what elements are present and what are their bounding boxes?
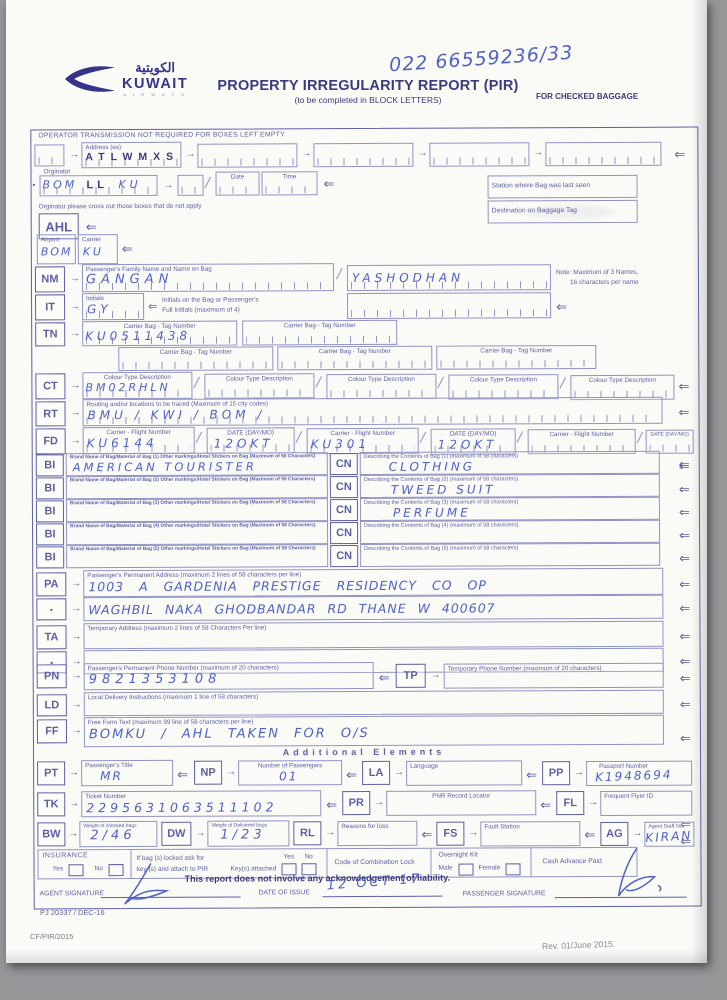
flight-number-value-1: KU6144 [87,436,158,450]
names-note: Note: Maximum of 3 Names, 16 characters … [556,268,639,288]
operator-transmission-notice: OPERATOR TRANSMISSION NOT REQUIRED FOR B… [38,131,285,139]
date-field: Date [215,171,259,195]
colour-type-field-3: Colour Type Description [326,374,436,399]
back-arrow-icon: ⇐ [86,220,97,233]
arrow-icon: → [632,829,642,839]
bag-brand-field-2: Brand Name of Bag/Material of Bag (2) Ot… [66,475,328,499]
form-title-block: PROPERTY IRREGULARITY REPORT (PIR) (to b… [178,78,558,105]
back-arrow-icon: ⇐ [679,630,690,643]
pt-code-box: PT [37,761,65,785]
bag-brand-label-3: Brand Name of Bag/Material of Bag (3) Ot… [67,499,327,507]
fs-code-box: FS [436,822,464,846]
cn-code-box: CN [330,499,358,521]
bag-contents-value-3: PERFUME [393,506,471,520]
bi-code-box: BI [36,546,64,568]
destination-tag-box: Destination on Baggage Tag [488,200,638,224]
flight-date-value-2: 12OKT [438,437,498,451]
bag-brand-label-5: Brand Name of Bag/Material of Bag (5) Ot… [67,545,327,553]
footer-revision: Rev. 01/June 2015. [542,939,615,952]
ta-code-box: TA [36,625,66,649]
pnr-locator-field: PNR Record Locator [386,790,536,816]
bag-brand-label-4: Brand Name of Bag/Material of Bag (4) Ot… [67,522,327,530]
cash-advance-label: Cash Advance Paid [542,858,601,865]
back-arrow-icon: ⇐ [680,672,691,685]
overnight-kit-label: Overnight Kit [438,852,477,859]
temporary-phone-label: Temporary Phone Number (maximum of 20 ch… [445,664,663,673]
ticket-number-field: Ticket Number 2295631063511102 [81,790,321,817]
back-arrow-icon: ⇐ [680,835,691,848]
address-cells-2 [197,143,297,167]
back-arrow-icon: ⇐ [679,506,690,519]
free-form-field: Free Form Text (maximum 99 line of 58 ch… [84,715,664,748]
tag-number-label: Carrier Bag - Tag Number [437,346,595,355]
colour-type-value: BM02RHLN [85,381,170,394]
scanned-page: الكويتية KUWAIT A I R W A Y S 022 665592… [6,0,707,963]
arrow-icon: → [69,150,79,160]
insurance-no-label: No [95,865,103,872]
flight-date-value-1: 12OKT [214,436,274,450]
arrow-icon: → [301,149,311,159]
ff-code-box: FF [37,719,67,743]
arrow-icon: → [72,726,82,736]
ag-code-box: AG [600,822,628,846]
fault-station-label: Fault Station [481,822,579,831]
insurance-label: INSURANCE [42,852,88,859]
delivered-weight-field: Weight of Delivered bags 1/23 [207,820,289,846]
back-arrow-icon: ⇐ [680,698,691,711]
flight-number-label: Carrier - Flight Number [529,430,635,439]
routing-value: BMU / KWI / BOM / [88,407,266,422]
insurance-yes-label: Yes [53,865,64,872]
combination-lock-label: Code of Combination Lock [334,859,414,866]
permanent-address-field-2: WAGHBIL NAKA GHODBANDAR RD THANE W 40060… [83,595,663,622]
colour-type-field-2: Colour Type Description [204,373,314,398]
np-code-box: NP [194,761,222,785]
insurance-yes-checkbox [69,864,84,876]
back-arrow-icon: ⇐ [122,242,133,255]
kit-female-label: Female [479,864,501,871]
colour-type-label: Colour Type Description [449,375,557,384]
permanent-phone-value: 9821353108 [89,672,222,688]
colour-type-field-1: Colour Type Description BM02RHLN [82,372,192,399]
bag-brand-field-1: Brand Name of Bag/Material of Bag (1) Ot… [66,452,328,476]
arrow-icon: → [69,768,79,778]
slash-divider: / [437,376,445,391]
rt-code-box: RT [35,401,65,426]
bag-brand-value-1: AMERICAN TOURISTER [73,459,257,474]
bag-brand-field-5: Brand Name of Bag/Material of Bag (5) Ot… [66,544,328,568]
keys-attached-label: Key(s) attached [231,865,277,872]
slash-divider: / [204,176,212,191]
names-note-line2: 16 characters per name [556,278,639,288]
arrow-icon: → [70,302,80,312]
cn-code-box: CN [330,476,358,498]
tag-number-label: Carrier Bag - Tag Number [243,321,396,330]
passenger-title-field: Passenger's Title MR [81,760,173,786]
arrow-icon: → [226,768,236,778]
bag-contents-field-4: Describing the Contents of Bag (4) (maxi… [360,520,660,544]
arrow-icon: → [72,700,82,710]
back-arrow-icon: ⇐ [679,552,690,565]
station-last-seen-box: Station where Bag was last seen [488,175,638,199]
local-delivery-label: Local Delivery Instructions (maximum 1 l… [85,691,663,702]
flight-number-field-2: Carrier - Flight Number KU301 [307,428,419,454]
ld-code-box: LD [37,694,67,716]
initials-field: Initials GY [82,293,144,320]
keys-yes-label: Yes [283,853,294,860]
back-arrow-icon: ⇐ [421,828,432,841]
bag-contents-field-5: Describing the Contents of Bag (5) (maxi… [360,543,660,567]
free-form-label: Free Form Text (maximum 99 line of 58 ch… [85,716,663,727]
date-of-issue-label: DATE OF ISSUE [259,889,310,896]
checked-weight-field: Weight of checked bags 2/46 [79,821,157,847]
language-field: Language [406,760,522,786]
back-arrow-icon: ⇐ [674,148,685,161]
arrow-icon: → [71,604,81,614]
bag-brand-field-3: Brand Name of Bag/Material of Bag (3) Ot… [66,498,328,522]
arrow-icon: → [71,579,81,589]
flight-number-value-2: KU301 [311,437,370,451]
back-arrow-icon: ⇐ [324,177,335,190]
back-arrow-icon: ⇐ [680,655,691,668]
permanent-address-field: Passenger's Permanent Address (maximum 2… [83,568,663,598]
tag-number-field-2: Carrier Bag - Tag Number [242,320,397,346]
colour-type-label: Colour Type Description [327,375,435,384]
rl-code-box: RL [293,821,321,845]
cn-code-box: CN [330,522,358,544]
colour-type-label: Colour Type Description [571,376,673,385]
pir-form: OPERATOR TRANSMISSION NOT REQUIRED FOR B… [30,127,701,910]
back-arrow-icon: ⇐ [679,602,690,615]
arrow-icon: → [588,798,598,808]
back-arrow-icon: ⇐ [679,460,690,473]
address-prefix-cells [34,144,64,166]
back-arrow-icon: ⇐ [346,768,357,781]
pr-code-box: PR [342,791,370,815]
keys-no-label: No [304,853,312,860]
originator-extra-cells [178,175,204,196]
back-arrow-icon: ⇐ [177,768,188,781]
address-cells-4 [429,142,529,166]
carrier-label: Carrier [79,235,117,244]
slash-divider: / [315,375,323,390]
la-code-box: LA [362,761,390,785]
arrow-icon: → [164,181,174,191]
name-on-bag-value: YASHODHAN [352,271,464,285]
slash-divider: / [559,376,567,391]
agent-signature [116,862,186,907]
language-label: Language [407,761,521,770]
passenger-title-label: Passenger's Title [82,761,172,770]
destination-tag-label: Destination on Baggage Tag [489,201,637,216]
pnr-locator-label: PNR Record Locator [387,791,535,800]
arrow-icon: → [195,829,205,839]
arrow-icon: → [70,381,80,391]
arrow-icon: → [185,150,195,160]
nm-code-box: NM [35,266,65,292]
arrow-icon: → [325,828,335,838]
permanent-address-line2: WAGHBIL NAKA GHODBANDAR RD THANE W 40060… [88,600,495,617]
permanent-phone-field: Passenger's Permanent Phone Number (maxi… [84,662,374,690]
arrow-icon: → [69,799,79,809]
arrow-icon: → [71,408,81,418]
back-arrow-icon: ⇐ [584,828,595,841]
passenger-signature [594,846,668,900]
arrow-icon: → [431,671,441,681]
arrow-icon: → [70,329,80,339]
checked-weight-value: 2/46 [90,828,135,843]
fault-station-field: Fault Station [480,821,580,846]
checked-baggage-label: FOR CHECKED BAGGAGE [536,92,638,101]
bi-code-box: BI [36,523,64,545]
footer-left-code: CF/PIR/2015 [30,932,73,941]
initials-instr-line2: Full Initials (maximum of 4) [162,306,259,317]
slash-divider: / [295,430,303,445]
bag-contents-field-1: Describing the Contents of Bag (1) (maxi… [360,451,660,475]
kuwait-airways-logo: الكويتية KUWAIT A I R W A Y S [64,60,188,97]
back-arrow-icon: ⇐ [148,302,157,313]
file-reference-handwritten: 022 66559236/33 [388,42,574,77]
address-field: Address (es) ATLWMXS [81,142,181,168]
arrow-icon: → [68,829,78,839]
bag-contents-value-2: TWEED SUIT [391,482,496,496]
originator-note: Orginator please cross out those boxes t… [39,203,202,211]
kit-male-checkbox [459,864,474,876]
frequent-flyer-field: Frequent Flyer ID [600,791,692,816]
arrow-icon: → [533,148,543,158]
colour-type-field-4: Colour Type Description [448,374,558,399]
tk-code-box: TK [37,792,65,816]
bag-contents-field-2: Describing the Contents of Bag (2) (maxi… [360,474,660,498]
flight-number-field-1: Carrier - Flight Number KU6144 [83,427,195,454]
kit-male-label: Male [439,865,453,872]
tag-number-field-3: Carrier Bag - Tag Number [118,346,273,371]
originator-printed: LL [87,179,109,191]
bi-code-box: BI [36,477,64,499]
back-arrow-icon: ⇐ [679,406,690,419]
temporary-address-label: Temporary Address (maximum 2 lines of 58… [84,622,662,633]
ticket-number-value: 2295631063511102 [86,799,277,815]
initials-value: GY [87,302,112,316]
page-subtitle: (to be completed in BLOCK LETTERS) [178,95,558,105]
station-last-seen-label: Station where Bag was last seen [489,176,637,191]
full-initials-field [347,292,551,319]
ct-code-box: CT [35,373,65,399]
family-name-field: Passenger's Family Name and Name on Bag … [82,263,334,292]
slash-divider: / [335,267,343,282]
date-of-issue-line [323,896,443,898]
arrow-icon: → [70,274,80,284]
cn-code-box: CN [330,453,358,475]
slash-divider: / [636,431,644,446]
slash-divider: / [419,431,427,446]
bag-contents-label-5: Describing the Contents of Bag (5) (maxi… [361,544,659,553]
passenger-count-field: Number of Passengers 01 [238,760,342,785]
tag-number-value: KU0511438 [85,329,191,343]
back-arrow-icon: ⇐ [326,798,337,811]
cn-code-box: CN [330,545,358,567]
back-arrow-icon: ⇐ [556,300,567,313]
bag-contents-field-3: Describing the Contents of Bag (3) (maxi… [360,497,660,521]
slash-divider: / [195,431,203,446]
delivered-weight-value: 1/23 [220,827,265,842]
initials-instr-line1: Initials on the Bag or Passenger's [162,295,259,306]
airport-value: BOM [41,245,73,258]
back-arrow-icon: ⇐ [679,529,690,542]
carrier-field: Carrier KU [78,234,118,264]
permanent-address-line1: 1003 A GARDENIA PRESTIGE RESIDENCY CO OP [88,577,487,594]
bag-brand-label-2: Brand Name of Bag/Material of Bag (2) Ot… [67,476,327,484]
flight-date-field-1: DATE (DAY/MO) 12OKT [207,427,295,453]
address-value: ATLWMXS [85,151,179,163]
carrier-value: KU [83,245,104,258]
arrow-icon: → [468,829,478,839]
date-label: Date [216,172,258,181]
divider [530,848,531,876]
temporary-phone-field: Temporary Phone Number (maximum of 20 ch… [444,663,664,689]
arrow-icon: → [72,671,82,681]
slash-divider: / [193,376,201,391]
names-note-line1: Note: Maximum of 3 Names, [556,268,639,278]
tag-number-field-1: Carrier Bag - Tag Number KU0511438 [82,321,237,347]
colour-type-label: Colour Type Description [205,374,313,383]
frequent-flyer-label: Frequent Flyer ID [601,792,691,801]
bag-contents-value-1: CLOTHING [389,460,475,474]
arrow-icon: → [71,632,81,642]
tag-number-label: Carrier Bag - Tag Number [119,347,272,356]
arrow-icon: → [374,798,384,808]
back-arrow-icon: ⇐ [680,732,691,745]
page-title: PROPERTY IRREGULARITY REPORT (PIR) [178,78,558,94]
dw-code-box: DW [161,822,191,846]
arrow-icon: → [574,768,584,778]
pa-continuation-box: ▪ [36,598,66,620]
arrow-icon: → [72,657,82,667]
address-cells-5 [545,142,661,167]
passport-number-value: K1948694 [595,767,673,784]
pp-code-box: PP [542,761,570,785]
tag-number-field-5: Carrier Bag - Tag Number [436,345,596,370]
passenger-signature-label: PASSENGER SIGNATURE [463,890,546,897]
airport-label: Airport [38,235,75,244]
time-label: Time [262,172,316,181]
routing-field: Routing and/or locations to be traced (M… [82,397,662,427]
originator-handwritten-1: BOM [43,178,78,191]
flight-date-label: DATE (DAY/MO) [647,431,693,438]
tn-code-box: TN [35,322,65,346]
arrow-icon: → [394,768,404,778]
bullet-icon: • [33,180,36,189]
back-arrow-icon: ⇐ [679,578,690,591]
address-cells-3 [313,143,413,167]
local-delivery-field: Local Delivery Instructions (maximum 1 l… [84,690,664,717]
bird-swoosh-icon [64,62,116,96]
bw-code-box: BW [37,822,65,846]
originator-handwritten-2: KU [119,178,142,191]
initials-instructions: Initials on the Bag or Passenger's Full … [162,295,259,316]
arrow-icon: → [417,149,427,159]
tag-number-label: Carrier Bag - Tag Number [278,347,431,356]
loss-reasons-field: Reasons for loss [337,821,417,846]
slash-divider: / [516,430,524,445]
back-arrow-icon: ⇐ [679,483,690,496]
back-arrow-icon: ⇐ [678,380,689,393]
bag-contents-label-4: Describing the Contents of Bag (4) (maxi… [361,521,659,530]
passenger-title-value: MR [100,769,123,783]
it-code-box: IT [35,294,65,320]
logo-arabic-text: الكويتية [122,60,188,76]
kit-female-checkbox [506,863,521,875]
originator-cells: BOM LL KU [40,175,158,197]
form-stock-code: PJ 20337 / DEC-16 [40,908,105,917]
back-arrow-icon: ⇐ [526,768,537,781]
loss-reasons-label: Reasons for loss [338,822,416,831]
passenger-count-value: 01 [279,769,298,783]
arrow-icon: → [71,436,81,446]
tag-number-field-4: Carrier Bag - Tag Number [277,346,432,371]
passport-number-field: Passport Number K1948694 [586,761,692,786]
fd-code-box: FD [36,428,66,454]
name-on-bag-field: YASHODHAN [347,264,551,291]
family-name-value: GANGAN [86,272,173,287]
free-form-value: BOMKU / AHL TAKEN FOR O/S [89,726,370,742]
temporary-address-field: Temporary Address (maximum 2 lines of 58… [83,621,663,650]
airport-field: Airport BOM [37,234,76,264]
bi-code-box: BI [36,454,64,476]
bi-code-box: BI [36,500,64,522]
bag-brand-field-4: Brand Name of Bag/Material of Bag (4) Ot… [66,521,328,545]
time-field: Time [261,171,317,195]
pa-code-box: PA [36,572,66,596]
back-arrow-icon: ⇐ [379,671,390,684]
tp-code-box: TP [396,664,426,688]
pn-code-box: PN [37,664,67,688]
fl-code-box: FL [556,791,584,815]
back-arrow-icon: ⇐ [540,798,551,811]
agent-signature-label: AGENT SIGNATURE [40,890,104,897]
additional-elements-heading: Additional Elements [34,746,694,759]
